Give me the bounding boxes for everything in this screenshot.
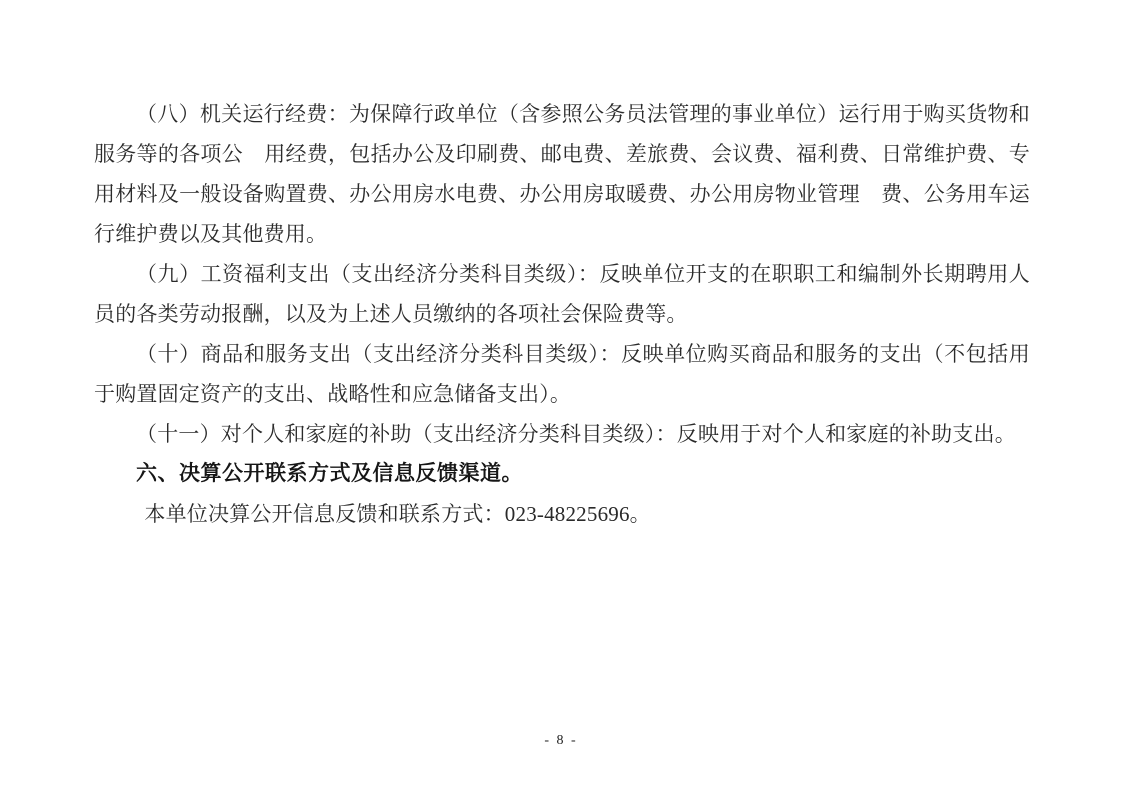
- page-number: - 8 -: [0, 733, 1122, 749]
- contact-info-line: 本单位决算公开信息反馈和联系方式：023-48225696。: [94, 494, 1030, 534]
- paragraph-item-10-goods-services-expenditure: （十）商品和服务支出（支出经济分类科目类级）：反映单位购买商品和服务的支出（不包…: [94, 334, 1030, 414]
- paragraph-item-8-agency-operating-funds: （八）机关运行经费：为保障行政单位（含参照公务员法管理的事业单位）运行用于购买货…: [94, 94, 1030, 254]
- document-page: （八）机关运行经费：为保障行政单位（含参照公务员法管理的事业单位）运行用于购买货…: [0, 0, 1122, 793]
- section-heading-contact-feedback: 六、决算公开联系方式及信息反馈渠道。: [94, 454, 1030, 494]
- paragraph-item-11-individual-family-subsidy: （十一）对个人和家庭的补助（支出经济分类科目类级）：反映用于对个人和家庭的补助支…: [94, 414, 1030, 454]
- paragraph-item-9-wage-welfare-expenditure: （九）工资福利支出（支出经济分类科目类级）：反映单位开支的在职职工和编制外长期聘…: [94, 254, 1030, 334]
- document-content: （八）机关运行经费：为保障行政单位（含参照公务员法管理的事业单位）运行用于购买货…: [0, 0, 1122, 534]
